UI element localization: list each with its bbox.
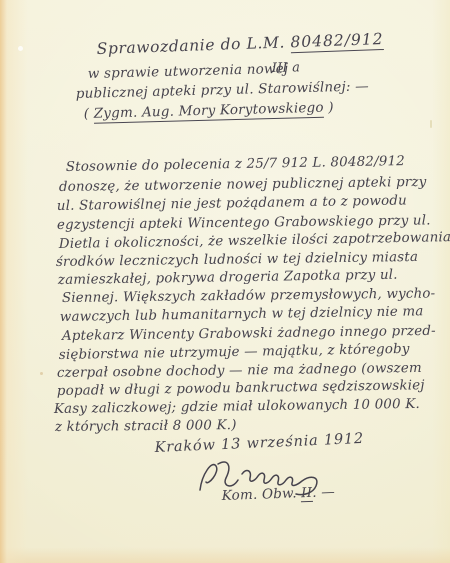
subject-line-1: w sprawie utworzenia nowej — [88, 61, 289, 82]
body-line: zamieszkałej, pokrywa drogeria Zapotka p… — [58, 268, 398, 288]
body-line: z których stracił 8 000 K.) — [55, 418, 237, 435]
body-line: popadł w długi z powodu bankructwa sędzi… — [57, 378, 425, 399]
body-line: Dietla i okoliczności, że wszelkie ilośc… — [59, 230, 450, 252]
open-paren: ( — [84, 106, 94, 122]
office-line: Kom. Obw. II. — — [221, 484, 335, 504]
body-line: Kasy zaliczkowej; gdzie miał ulokowanych… — [54, 397, 420, 417]
file-number: 80482/912 — [290, 30, 384, 53]
district-numeral: II — [301, 485, 313, 502]
report-title-line: Sprawozdanie do L.M. 80482/912 — [96, 30, 383, 58]
office-dash: . — — [312, 484, 335, 501]
body-line: siębiorstwa nie utrzymuje — majątku, z k… — [59, 342, 410, 363]
paper-speck — [18, 46, 23, 51]
person-name: Zygm. Aug. Mory Korytowskiego — [94, 100, 324, 124]
scanned-document-page: Sprawozdanie do L.M. 80482/912 w sprawie… — [0, 0, 450, 563]
body-line: donoszę, że utworzenie nowej publicznej … — [59, 175, 427, 195]
body-line: Siennej. Większych zakładów przemysłowyc… — [62, 286, 436, 306]
office-abbrev: Kom. Obw. — [221, 485, 301, 504]
body-line: środków leczniczych ludności w tej dziel… — [56, 250, 418, 270]
paper-speck — [430, 120, 432, 128]
section-annotation: III a — [272, 60, 301, 76]
close-paren: ) — [324, 99, 334, 115]
body-line: egzystencji apteki Wincentego Grabowskie… — [57, 213, 431, 233]
body-line: Aptekarz Wincenty Grabowski żadnego inne… — [62, 324, 436, 344]
body-line: Stosownie do polecenia z 25/7 912 L. 804… — [66, 154, 405, 175]
paper-speck — [40, 372, 43, 375]
body-line: ul. Starowiślnej nie jest pożądanem a to… — [57, 194, 407, 214]
name-reference-line: ( Zygm. Aug. Mory Korytowskiego ) — [84, 99, 334, 122]
body-line: czerpał osobne dochody — nie ma żadnego … — [57, 361, 422, 381]
report-title-text: Sprawozdanie do L.M. — [96, 33, 290, 58]
body-line: wawczych lub humanitarnych w tej dzielni… — [60, 304, 424, 325]
date-line: Kraków 13 września 1912 — [154, 431, 364, 456]
subject-line-2: publicznej apteki przy ul. Starowiślnej:… — [76, 78, 369, 102]
